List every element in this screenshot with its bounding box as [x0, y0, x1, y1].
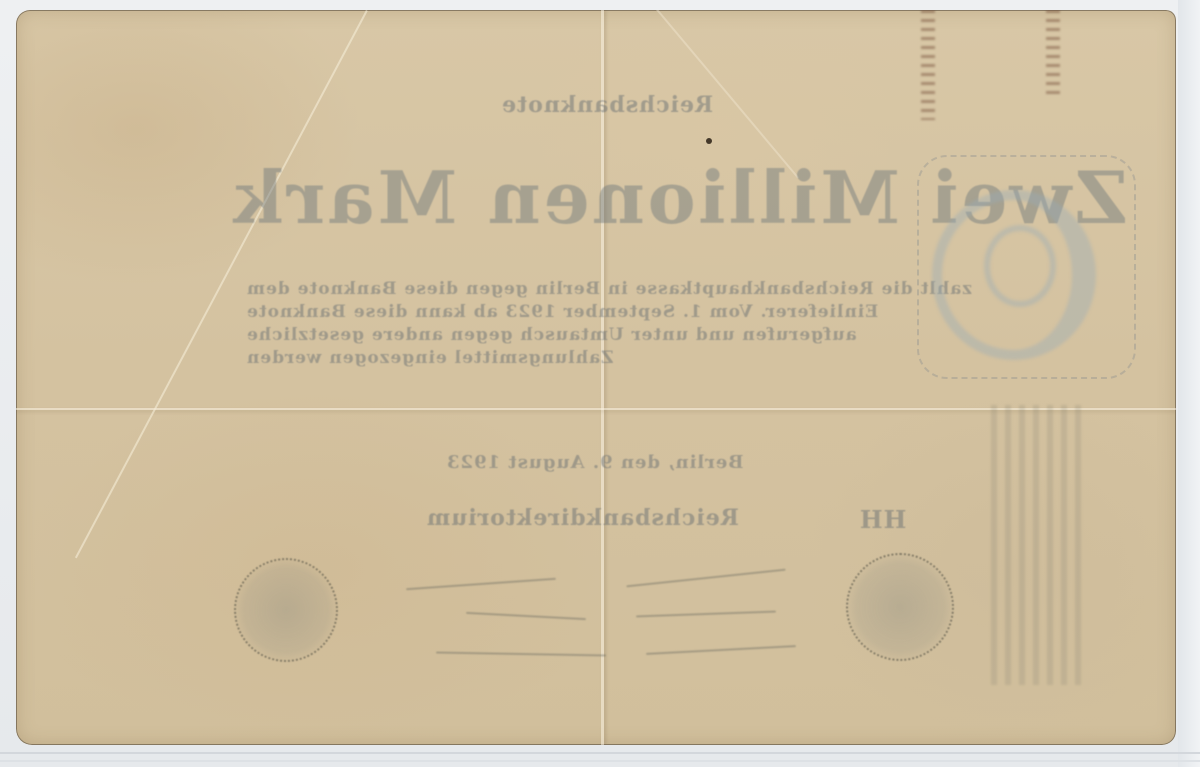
show-through-issuer: Reichsbankdirektorium: [426, 505, 739, 531]
vertical-border-show-through: [991, 405, 1086, 685]
left-seal-show-through: [234, 558, 338, 662]
show-through-serial-prefix: HH: [859, 505, 906, 534]
right-eagle-seal-show-through: [846, 553, 954, 661]
sleeve-edge: [1178, 0, 1200, 767]
show-through-header: Reichsbanknote: [501, 92, 713, 118]
signature-stroke: [406, 578, 556, 590]
ornamental-numeral-show-through: [901, 155, 1136, 390]
show-through-body-text: zahlt die Reichsbankhauptkasse in Berlin…: [246, 278, 986, 370]
signature-stroke: [646, 645, 796, 655]
signatures-show-through: [376, 565, 816, 675]
show-through-date: Berlin, den 9. August 1923: [446, 452, 743, 473]
signature-stroke: [436, 652, 606, 657]
rust-stain: [1046, 10, 1060, 100]
signature-stroke: [636, 611, 776, 618]
sleeve-seam: [0, 760, 1200, 762]
sleeve-seam: [0, 752, 1200, 754]
dark-spot: [706, 138, 712, 144]
rust-stain: [921, 10, 935, 120]
ornament-swirl: [984, 225, 1056, 307]
signature-stroke: [466, 612, 586, 620]
banknote-reverse: Reichsbanknote Zwei Millionen Mark zahlt…: [16, 10, 1176, 745]
signature-stroke: [626, 569, 785, 588]
